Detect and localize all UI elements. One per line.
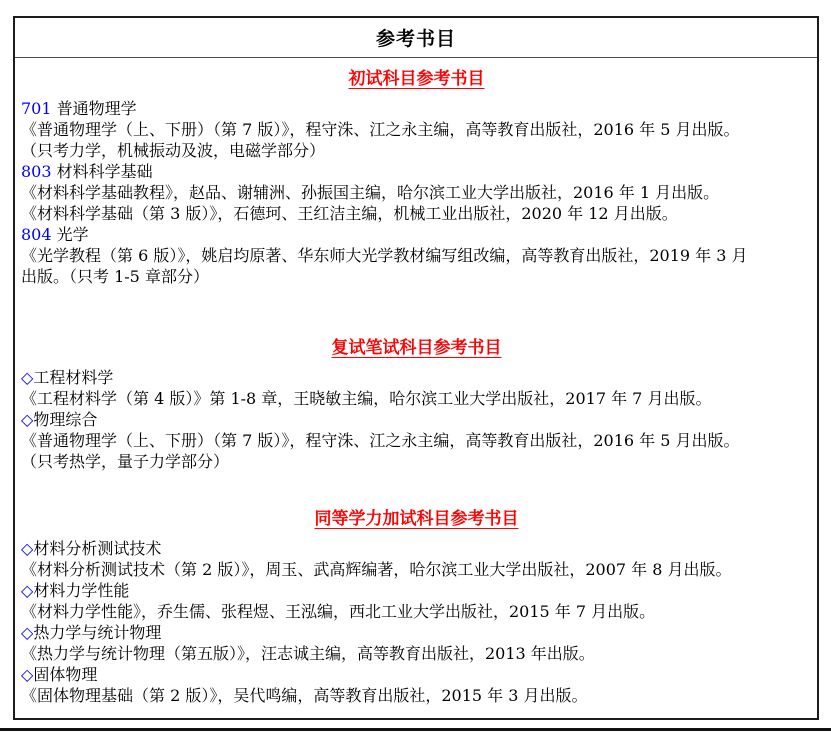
document-body: 初试科目参考书目 701 普通物理学 《普通物理学（上、下册）（第 7 版）》，… xyxy=(15,68,817,706)
line-text: 光学 xyxy=(52,225,89,244)
line-text: 普通物理学 xyxy=(52,99,137,118)
section-initial-exam: 初试科目参考书目 701 普通物理学 《普通物理学（上、下册）（第 7 版）》，… xyxy=(21,68,812,287)
section-heading: 同等学力加试科目参考书目 xyxy=(21,508,812,530)
line-text: 《工程材料学（第 4 版）》第 1-8 章，王晓敏主编，哈尔滨工业大学出版社，2… xyxy=(21,389,711,408)
diamond-bullet: ◇ xyxy=(21,581,33,600)
book-line: 《材料科学基础（第 3 版）》，石德珂、王红洁主编，机械工业出版社，2020 年… xyxy=(21,203,812,224)
course-title-line: 803 材料科学基础 xyxy=(21,161,812,182)
course-title-line: ◇材料力学性能 xyxy=(21,580,812,601)
book-line: 《热力学与统计物理（第五版）》，汪志诚主编，高等教育出版社，2013 年出版。 xyxy=(21,643,812,664)
section-equivalent-qualification-exam: 同等学力加试科目参考书目 ◇材料分析测试技术 《材料分析测试技术（第 2 版）》… xyxy=(21,508,812,706)
line-text: 《材料科学基础教程》，赵品、谢辅洲、孙振国主编，哈尔滨工业大学出版社，2016 … xyxy=(21,183,719,202)
page-title: 参考书目 xyxy=(376,24,456,51)
diamond-bullet: ◇ xyxy=(21,368,33,387)
line-text: 《普通物理学（上、下册）（第 7 版）》，程守洙、江之永主编，高等教育出版社，2… xyxy=(21,120,740,139)
page-bottom-divider xyxy=(0,728,831,731)
section-heading: 复试笔试科目参考书目 xyxy=(21,337,812,359)
note-line: （只考力学，机械振动及波，电磁学部分） xyxy=(21,140,812,161)
line-text: 热力学与统计物理 xyxy=(33,623,161,642)
line-text: （只考力学，机械振动及波，电磁学部分） xyxy=(21,141,325,160)
line-text: 《热力学与统计物理（第五版）》，汪志诚主编，高等教育出版社，2013 年出版。 xyxy=(21,644,595,663)
book-line: 《工程材料学（第 4 版）》第 1-8 章，王晓敏主编，哈尔滨工业大学出版社，2… xyxy=(21,388,812,409)
course-title-line: ◇热力学与统计物理 xyxy=(21,622,812,643)
book-line: 《普通物理学（上、下册）（第 7 版）》，程守洙、江之永主编，高等教育出版社，2… xyxy=(21,119,812,140)
line-text: 出版。（只考 1-5 章部分） xyxy=(21,267,209,286)
book-line: 《材料力学性能》，乔生儒、张程煜、王泓编，西北工业大学出版社，2015 年 7 … xyxy=(21,601,812,622)
section-heading: 初试科目参考书目 xyxy=(21,68,812,90)
line-text: 《光学教程（第 6 版）》，姚启均原著、华东师大光学教材编写组改编，高等教育出版… xyxy=(21,246,748,265)
course-title-line: 804 光学 xyxy=(21,224,812,245)
line-text: 材料力学性能 xyxy=(33,581,129,600)
line-text: 《材料科学基础（第 3 版）》，石德珂、王红洁主编，机械工业出版社，2020 年… xyxy=(21,204,678,223)
course-code: 701 xyxy=(21,99,52,118)
course-title-line: ◇材料分析测试技术 xyxy=(21,538,812,559)
book-line-continued: 出版。（只考 1-5 章部分） xyxy=(21,266,812,287)
course-title-line: ◇工程材料学 xyxy=(21,367,812,388)
book-line: 《材料分析测试技术（第 2 版）》，周玉、武高辉编著，哈尔滨工业大学出版社，20… xyxy=(21,559,812,580)
course-code: 804 xyxy=(21,225,52,244)
line-text: 《材料分析测试技术（第 2 版）》，周玉、武高辉编著，哈尔滨工业大学出版社，20… xyxy=(21,560,732,579)
line-text: 《材料力学性能》，乔生儒、张程煜、王泓编，西北工业大学出版社，2015 年 7 … xyxy=(21,602,655,621)
note-line: （只考热学，量子力学部分） xyxy=(21,451,812,472)
line-text: （只考热学，量子力学部分） xyxy=(21,452,229,471)
line-text: 材料分析测试技术 xyxy=(33,539,161,558)
line-text: 材料科学基础 xyxy=(52,162,153,181)
course-code: 803 xyxy=(21,162,52,181)
book-line: 《普通物理学（上、下册）（第 7 版）》，程守洙、江之永主编，高等教育出版社，2… xyxy=(21,430,812,451)
reference-book-document: 参考书目 初试科目参考书目 701 普通物理学 《普通物理学（上、下册）（第 7… xyxy=(13,16,819,720)
book-line: 《固体物理基础（第 2 版）》，吴代鸣编，高等教育出版社，2015 年 3 月出… xyxy=(21,685,812,706)
book-line: 《光学教程（第 6 版）》，姚启均原著、华东师大光学教材编写组改编，高等教育出版… xyxy=(21,245,812,266)
line-text: 工程材料学 xyxy=(33,368,113,387)
course-title-line: 701 普通物理学 xyxy=(21,98,812,119)
line-text: 《普通物理学（上、下册）（第 7 版）》，程守洙、江之永主编，高等教育出版社，2… xyxy=(21,431,740,450)
course-title-line: ◇固体物理 xyxy=(21,664,812,685)
diamond-bullet: ◇ xyxy=(21,539,33,558)
diamond-bullet: ◇ xyxy=(21,410,33,429)
diamond-bullet: ◇ xyxy=(21,665,33,684)
line-text: 固体物理 xyxy=(33,665,97,684)
course-title-line: ◇物理综合 xyxy=(21,409,812,430)
book-line: 《材料科学基础教程》，赵品、谢辅洲、孙振国主编，哈尔滨工业大学出版社，2016 … xyxy=(21,182,812,203)
line-text: 物理综合 xyxy=(33,410,97,429)
line-text: 《固体物理基础（第 2 版）》，吴代鸣编，高等教育出版社，2015 年 3 月出… xyxy=(21,686,588,705)
diamond-bullet: ◇ xyxy=(21,623,33,642)
section-retest-written-exam: 复试笔试科目参考书目 ◇工程材料学 《工程材料学（第 4 版）》第 1-8 章，… xyxy=(21,337,812,472)
document-title-bar: 参考书目 xyxy=(15,18,817,58)
